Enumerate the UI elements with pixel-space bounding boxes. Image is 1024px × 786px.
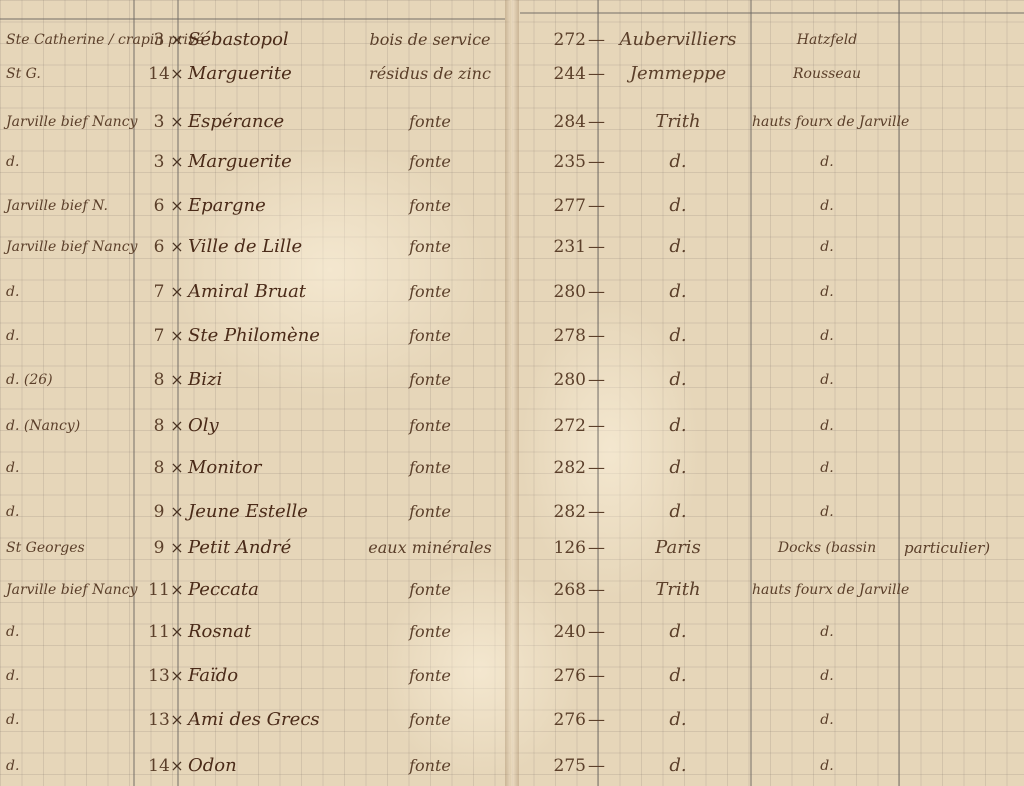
- consignee-cell: d.: [752, 184, 902, 228]
- origin-cell: d.: [6, 446, 134, 490]
- destination-cell: d.: [608, 654, 748, 698]
- boat-name-cell: Ville de Lille: [188, 225, 378, 269]
- cross-mark-icon: ×: [170, 184, 184, 228]
- destination-cell: d.: [608, 610, 748, 654]
- origin-cell: Jarville bief Nancy: [6, 100, 134, 144]
- tonnage-cell: 231: [538, 225, 586, 269]
- dash-mark: —: [588, 446, 604, 490]
- dash-mark: —: [588, 404, 604, 448]
- origin-cell: d.: [6, 654, 134, 698]
- origin-cell: d.: [6, 270, 134, 314]
- destination-cell: d.: [608, 446, 748, 490]
- dash-mark: —: [588, 270, 604, 314]
- cross-mark-icon: ×: [170, 358, 184, 402]
- destination-cell: Paris: [608, 526, 748, 570]
- tonnage-cell: 244: [538, 52, 586, 96]
- boat-name-cell: Ste Philomène: [188, 314, 378, 358]
- ledger-row: d. 11 × Rosnat fonte 240 — d. d.: [0, 610, 1024, 654]
- cross-mark-icon: ×: [170, 100, 184, 144]
- number-cell: 8: [148, 446, 170, 490]
- destination-cell: Trith: [608, 568, 748, 612]
- ledger-row: Jarville bief N. 6 × Epargne fonte 277 —…: [0, 184, 1024, 228]
- cargo-cell: fonte: [360, 654, 500, 698]
- cargo-cell: fonte: [360, 610, 500, 654]
- origin-cell: d.: [6, 698, 134, 742]
- dash-mark: —: [588, 610, 604, 654]
- consignee-cell: Docks (bassin: [752, 526, 902, 570]
- destination-cell: d.: [608, 270, 748, 314]
- boat-name-cell: Peccata: [188, 568, 378, 612]
- number-cell: 8: [148, 404, 170, 448]
- ledger-row: d. 3 × Marguerite fonte 235 — d. d.: [0, 140, 1024, 184]
- ledger-row: d. 13 × Faïdo fonte 276 — d. d.: [0, 654, 1024, 698]
- cross-mark-icon: ×: [170, 140, 184, 184]
- cargo-cell: résidus de zinc: [360, 52, 500, 96]
- number-cell: 9: [148, 526, 170, 570]
- ledger-row: St G. 14 × Marguerite résidus de zinc 24…: [0, 52, 1024, 96]
- cargo-cell: fonte: [360, 404, 500, 448]
- cargo-cell: fonte: [360, 568, 500, 612]
- dash-mark: —: [588, 358, 604, 402]
- boat-name-cell: Marguerite: [188, 52, 378, 96]
- dash-mark: —: [588, 140, 604, 184]
- ledger-row: d. 8 × Monitor fonte 282 — d. d.: [0, 446, 1024, 490]
- dash-mark: —: [588, 526, 604, 570]
- ledger-row: Jarville bief Nancy 11 × Peccata fonte 2…: [0, 568, 1024, 612]
- consignee-cell: d.: [752, 698, 902, 742]
- dash-mark: —: [588, 568, 604, 612]
- number-cell: 13: [148, 654, 170, 698]
- consignee-cell: d.: [752, 314, 902, 358]
- destination-cell: Trith: [608, 100, 748, 144]
- header-rule: [520, 12, 1024, 14]
- consignee-cell: d.: [752, 744, 902, 786]
- destination-cell: d.: [608, 698, 748, 742]
- boat-name-cell: Bizi: [188, 358, 378, 402]
- ledger-row: Jarville bief Nancy 6 × Ville de Lille f…: [0, 225, 1024, 269]
- origin-cell: Jarville bief Nancy: [6, 568, 134, 612]
- number-cell: 14: [148, 52, 170, 96]
- cross-mark-icon: ×: [170, 610, 184, 654]
- tonnage-cell: 280: [538, 270, 586, 314]
- number-cell: 8: [148, 358, 170, 402]
- cross-mark-icon: ×: [170, 225, 184, 269]
- number-cell: 3: [148, 140, 170, 184]
- ledger-row: d. (Nancy) 8 × Oly fonte 272 — d. d.: [0, 404, 1024, 448]
- ledger-row: St Georges 9 × Petit André eaux minérale…: [0, 526, 1024, 570]
- tonnage-cell: 276: [538, 654, 586, 698]
- origin-cell: St G.: [6, 52, 134, 96]
- origin-cell: d.: [6, 314, 134, 358]
- destination-cell: d.: [608, 314, 748, 358]
- number-cell: 11: [148, 568, 170, 612]
- destination-cell: d.: [608, 184, 748, 228]
- dash-mark: —: [588, 52, 604, 96]
- number-cell: 6: [148, 184, 170, 228]
- boat-name-cell: Marguerite: [188, 140, 378, 184]
- boat-name-cell: Espérance: [188, 100, 378, 144]
- dash-mark: —: [588, 654, 604, 698]
- consignee-cell: d.: [752, 610, 902, 654]
- cargo-cell: fonte: [360, 744, 500, 786]
- dash-mark: —: [588, 744, 604, 786]
- destination-cell: d.: [608, 358, 748, 402]
- destination-cell: d.: [608, 140, 748, 184]
- origin-cell: d.: [6, 744, 134, 786]
- cargo-cell: fonte: [360, 446, 500, 490]
- boat-name-cell: Monitor: [188, 446, 378, 490]
- consignee-cell: hauts fourx de Jarville: [752, 568, 902, 612]
- consignee-cell: Rousseau: [752, 52, 902, 96]
- consignee-cell: d.: [752, 654, 902, 698]
- destination-cell: d.: [608, 404, 748, 448]
- consignee-cell: d.: [752, 404, 902, 448]
- tonnage-cell: 278: [538, 314, 586, 358]
- tonnage-cell: 284: [538, 100, 586, 144]
- ledger-row: d. 14 × Odon fonte 275 — d. d.: [0, 744, 1024, 786]
- cargo-cell: fonte: [360, 225, 500, 269]
- origin-cell: d.: [6, 610, 134, 654]
- ledger-row: d. (26) 8 × Bizi fonte 280 — d. d.: [0, 358, 1024, 402]
- dash-mark: —: [588, 698, 604, 742]
- ledger-row: d. 13 × Ami des Grecs fonte 276 — d. d.: [0, 698, 1024, 742]
- cross-mark-icon: ×: [170, 654, 184, 698]
- boat-name-cell: Amiral Bruat: [188, 270, 378, 314]
- number-cell: 7: [148, 270, 170, 314]
- origin-cell: d. (Nancy): [6, 404, 134, 448]
- remark-cell: particulier): [904, 526, 1022, 570]
- cargo-cell: fonte: [360, 140, 500, 184]
- tonnage-cell: 272: [538, 404, 586, 448]
- cargo-cell: eaux minérales: [360, 526, 500, 570]
- dash-mark: —: [588, 100, 604, 144]
- number-cell: 7: [148, 314, 170, 358]
- tonnage-cell: 276: [538, 698, 586, 742]
- boat-name-cell: Odon: [188, 744, 378, 786]
- cargo-cell: fonte: [360, 314, 500, 358]
- cross-mark-icon: ×: [170, 698, 184, 742]
- number-cell: 6: [148, 225, 170, 269]
- origin-cell: Jarville bief Nancy: [6, 225, 134, 269]
- boat-name-cell: Faïdo: [188, 654, 378, 698]
- cargo-cell: fonte: [360, 270, 500, 314]
- tonnage-cell: 268: [538, 568, 586, 612]
- boat-name-cell: Ami des Grecs: [188, 698, 378, 742]
- cross-mark-icon: ×: [170, 52, 184, 96]
- tonnage-cell: 126: [538, 526, 586, 570]
- tonnage-cell: 275: [538, 744, 586, 786]
- cross-mark-icon: ×: [170, 744, 184, 786]
- consignee-cell: d.: [752, 270, 902, 314]
- boat-name-cell: Oly: [188, 404, 378, 448]
- tonnage-cell: 277: [538, 184, 586, 228]
- boat-name-cell: Rosnat: [188, 610, 378, 654]
- number-cell: 13: [148, 698, 170, 742]
- dash-mark: —: [588, 314, 604, 358]
- consignee-cell: d.: [752, 358, 902, 402]
- cross-mark-icon: ×: [170, 270, 184, 314]
- boat-name-cell: Epargne: [188, 184, 378, 228]
- tonnage-cell: 282: [538, 446, 586, 490]
- cargo-cell: fonte: [360, 698, 500, 742]
- consignee-cell: d.: [752, 446, 902, 490]
- origin-cell: Jarville bief N.: [6, 184, 134, 228]
- cross-mark-icon: ×: [170, 526, 184, 570]
- tonnage-cell: 280: [538, 358, 586, 402]
- cargo-cell: fonte: [360, 358, 500, 402]
- cross-mark-icon: ×: [170, 404, 184, 448]
- ledger-row: d. 7 × Ste Philomène fonte 278 — d. d.: [0, 314, 1024, 358]
- cross-mark-icon: ×: [170, 446, 184, 490]
- destination-cell: d.: [608, 225, 748, 269]
- tonnage-cell: 240: [538, 610, 586, 654]
- origin-cell: d.: [6, 140, 134, 184]
- ledger-row: d. 7 × Amiral Bruat fonte 280 — d. d.: [0, 270, 1024, 314]
- consignee-cell: d.: [752, 225, 902, 269]
- consignee-cell: hauts fourx de Jarville: [752, 100, 902, 144]
- number-cell: 3: [148, 100, 170, 144]
- cross-mark-icon: ×: [170, 314, 184, 358]
- dash-mark: —: [588, 184, 604, 228]
- tonnage-cell: 235: [538, 140, 586, 184]
- number-cell: 14: [148, 744, 170, 786]
- cargo-cell: fonte: [360, 100, 500, 144]
- destination-cell: Jemmeppe: [608, 52, 748, 96]
- dash-mark: —: [588, 225, 604, 269]
- boat-name-cell: Petit André: [188, 526, 378, 570]
- destination-cell: d.: [608, 744, 748, 786]
- consignee-cell: d.: [752, 140, 902, 184]
- ledger-row: Jarville bief Nancy 3 × Espérance fonte …: [0, 100, 1024, 144]
- origin-cell: d. (26): [6, 358, 134, 402]
- cross-mark-icon: ×: [170, 568, 184, 612]
- cargo-cell: fonte: [360, 184, 500, 228]
- origin-cell: St Georges: [6, 526, 134, 570]
- number-cell: 11: [148, 610, 170, 654]
